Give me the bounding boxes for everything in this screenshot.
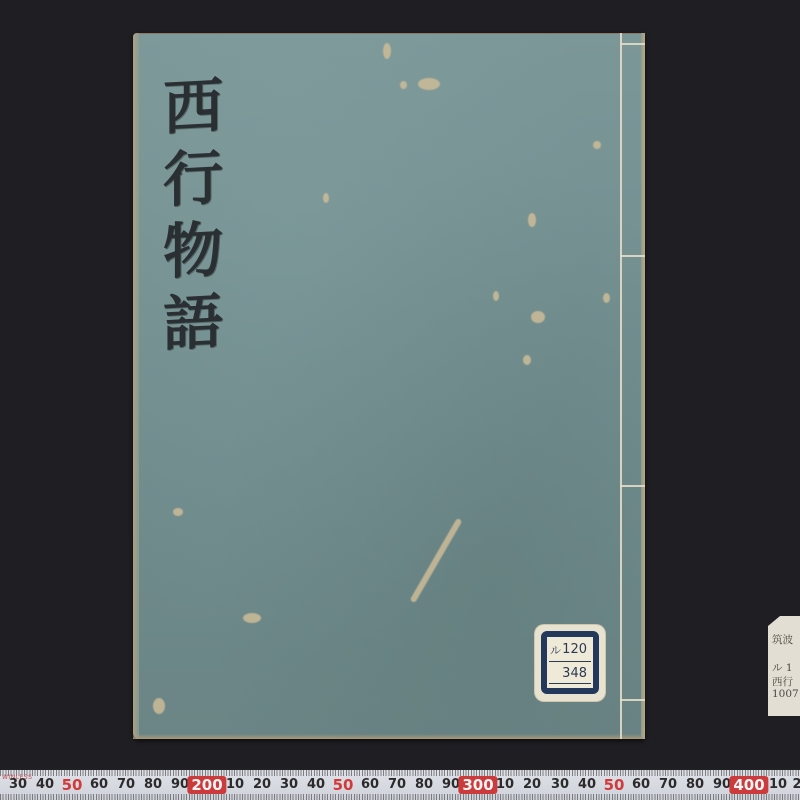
wear-spot [383,43,391,59]
ruler-mark: 40 [578,777,596,792]
wear-spot [153,698,165,714]
ruler-mark: 200 [187,776,226,794]
library-call-number-label: ル 120 348 [535,625,605,701]
ruler-mark: 40 [36,777,54,792]
binding-stitch [620,485,645,487]
ruler-mark: 30 [9,777,27,792]
label-call-number: 120 [562,642,587,657]
wear-spot [418,78,440,90]
ruler-mark: 400 [729,776,768,794]
wear-spot [243,613,261,623]
wear-spot [593,141,601,149]
ruler-ticks [0,794,800,800]
label-row-call-number: ル 120 [549,639,591,662]
ruler-mark: 10 [496,777,514,792]
ruler-mark: 50 [62,776,83,794]
ruler-mark: 70 [659,777,677,792]
ruler-mark: 30 [551,777,569,792]
book-title-calligraphy: 西行物語 [153,73,223,365]
binding-line [620,33,622,739]
cover-left-edge [133,33,139,739]
ruler-mark: 60 [90,777,108,792]
card-line: ル 1 [772,660,793,675]
binding-stitch [620,255,645,257]
ruler-mark: 10 [769,777,787,792]
ruler-mark: 90 [442,777,460,792]
label-item-number: 348 [562,666,587,681]
ruler-mark: 60 [361,777,379,792]
ruler-mark: 70 [117,777,135,792]
label-classification: ル [550,642,561,658]
ruler-mark: 80 [415,777,433,792]
measuring-ruler: WINLESS 30405060708090200102030405060708… [0,770,800,800]
ruler-mark: 90 [171,777,189,792]
ruler-mark: 20 [523,777,541,792]
ruler-mark: 10 [226,777,244,792]
wear-spot [493,291,499,301]
card-line: 1007 [772,688,799,700]
wear-spot [603,293,610,303]
ruler-mark: 50 [604,776,625,794]
card-line: 筑波 [772,632,793,647]
label-frame: ル 120 348 [541,631,599,694]
ruler-mark: 80 [144,777,162,792]
wear-spot [400,81,407,89]
label-row-item-number: 348 [549,662,591,684]
ruler-mark: 90 [713,777,731,792]
ruler-mark: 70 [388,777,406,792]
ruler-mark: 20 [253,777,271,792]
catalog-card: 筑波 ル 1 西行 1007 [768,616,800,716]
wear-spot [523,355,531,365]
wear-spot [531,311,545,323]
ruler-mark: 300 [458,776,497,794]
wear-spot [528,213,536,227]
wear-spot [410,518,463,603]
ruler-mark: 80 [686,777,704,792]
wear-spot [323,193,329,203]
ruler-mark: 30 [280,777,298,792]
binding-stitch [620,43,645,45]
spine-edge [641,33,645,739]
cover-bottom-edge [133,734,645,739]
ruler-mark: 60 [632,777,650,792]
wear-spot [173,508,183,516]
ruler-mark: 2 [792,777,800,792]
book-cover: 西行物語 ル 120 348 [133,33,645,739]
card-line: 西行 [772,674,793,689]
ruler-mark: 40 [307,777,325,792]
ruler-ticks [0,770,800,776]
ruler-mark: 50 [333,776,354,794]
binding-stitch [620,699,645,701]
